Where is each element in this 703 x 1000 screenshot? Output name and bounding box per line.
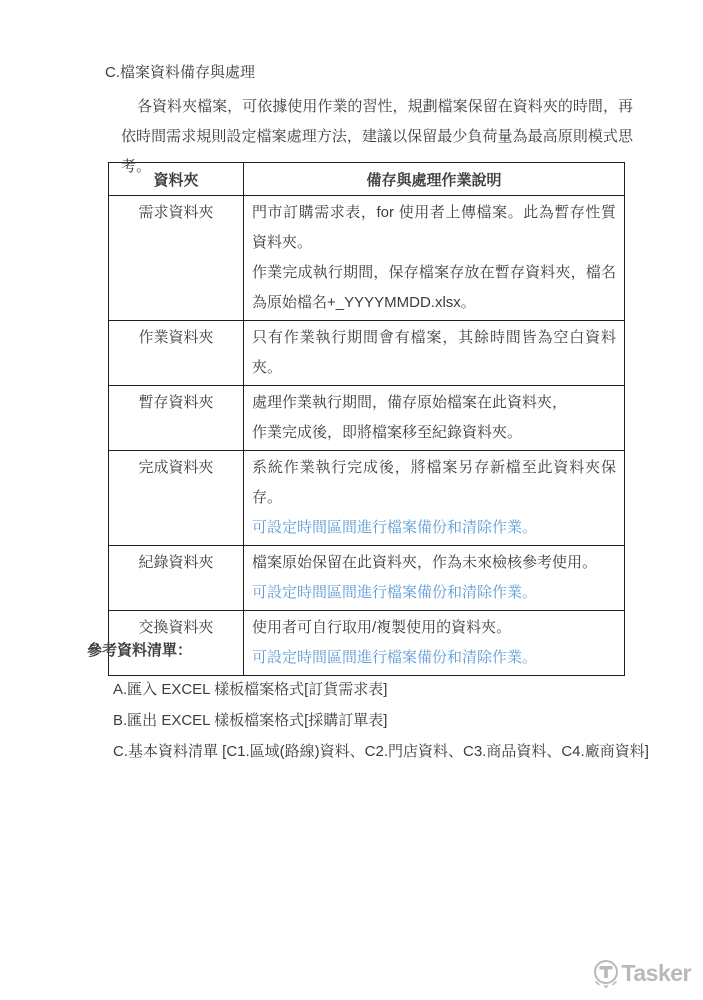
- folder-name-cell: 作業資料夾: [109, 321, 244, 386]
- tasker-brand-text: Tasker: [622, 960, 691, 986]
- tasker-watermark: Tasker: [592, 958, 691, 988]
- desc-line: 作業完成執行期間，保存檔案存放在暫存資料夾，檔名為原始檔名+_YYYYMMDD.…: [252, 258, 616, 318]
- table-row: 紀錄資料夾檔案原始保留在此資料夾，作為未來檢核參考使用。可設定時間區間進行檔案備…: [109, 546, 625, 611]
- folder-description-cell: 處理作業執行期間，備存原始檔案在此資料夾，作業完成後，即將檔案移至紀錄資料夾。: [244, 386, 625, 451]
- desc-line: 只有作業執行期間會有檔案，其餘時間皆為空白資料夾。: [252, 323, 616, 383]
- desc-line: 系統作業執行完成後，將檔案另存新檔至此資料夾保存。: [252, 453, 616, 513]
- table-header-folder: 資料夾: [109, 163, 244, 196]
- table-row: 暫存資料夾處理作業執行期間，備存原始檔案在此資料夾，作業完成後，即將檔案移至紀錄…: [109, 386, 625, 451]
- folder-name-cell: 紀錄資料夾: [109, 546, 244, 611]
- table-row: 完成資料夾系統作業執行完成後，將檔案另存新檔至此資料夾保存。可設定時間區間進行檔…: [109, 451, 625, 546]
- table-header-row: 資料夾 備存與處理作業說明: [109, 163, 625, 196]
- desc-line: 使用者可自行取用/複製使用的資料夾。: [252, 613, 616, 643]
- reference-list-item: C.基本資料清單 [C1.區域(路線)資料、C2.門店資料、C3.商品資料、C4…: [113, 736, 627, 767]
- desc-line-highlighted: 可設定時間區間進行檔案備份和清除作業。: [252, 578, 616, 608]
- folders-table: 資料夾 備存與處理作業說明 需求資料夾門市訂購需求表，for 使用者上傳檔案。此…: [108, 162, 625, 676]
- tasker-logo-icon: [592, 958, 620, 988]
- desc-line: 作業完成後，即將檔案移至紀錄資料夾。: [252, 418, 616, 448]
- desc-line: 門市訂購需求表，for 使用者上傳檔案。此為暫存性質資料夾。: [252, 198, 616, 258]
- reference-list-item: A.匯入 EXCEL 樣板檔案格式[訂貨需求表]: [113, 674, 627, 705]
- table-header-description: 備存與處理作業說明: [244, 163, 625, 196]
- folder-description-cell: 檔案原始保留在此資料夾，作為未來檢核參考使用。可設定時間區間進行檔案備份和清除作…: [244, 546, 625, 611]
- desc-line-highlighted: 可設定時間區間進行檔案備份和清除作業。: [252, 513, 616, 543]
- reference-list-title: 參考資料清單：: [87, 640, 627, 662]
- folder-name-cell: 需求資料夾: [109, 196, 244, 321]
- folder-description-cell: 門市訂購需求表，for 使用者上傳檔案。此為暫存性質資料夾。作業完成執行期間，保…: [244, 196, 625, 321]
- folder-name-cell: 完成資料夾: [109, 451, 244, 546]
- desc-line: 處理作業執行期間，備存原始檔案在此資料夾，: [252, 388, 616, 418]
- reference-list-item: B.匯出 EXCEL 樣板檔案格式[採購訂單表]: [113, 705, 627, 736]
- table-body: 需求資料夾門市訂購需求表，for 使用者上傳檔案。此為暫存性質資料夾。作業完成執…: [109, 196, 625, 676]
- document-page: C.檔案資料備存與處理 各資料夾檔案，可依據使用作業的習性，規劃檔案保留在資料夾…: [0, 0, 703, 1000]
- section-heading: C.檔案資料備存與處理: [105, 62, 255, 84]
- desc-line: 檔案原始保留在此資料夾，作為未來檢核參考使用。: [252, 548, 616, 578]
- folder-name-cell: 暫存資料夾: [109, 386, 244, 451]
- table-row: 需求資料夾門市訂購需求表，for 使用者上傳檔案。此為暫存性質資料夾。作業完成執…: [109, 196, 625, 321]
- folder-description-cell: 只有作業執行期間會有檔案，其餘時間皆為空白資料夾。: [244, 321, 625, 386]
- folder-description-cell: 系統作業執行完成後，將檔案另存新檔至此資料夾保存。可設定時間區間進行檔案備份和清…: [244, 451, 625, 546]
- table-row: 作業資料夾只有作業執行期間會有檔案，其餘時間皆為空白資料夾。: [109, 321, 625, 386]
- reference-list: A.匯入 EXCEL 樣板檔案格式[訂貨需求表] B.匯出 EXCEL 樣板檔案…: [113, 674, 627, 767]
- reference-list-section: 參考資料清單： A.匯入 EXCEL 樣板檔案格式[訂貨需求表] B.匯出 EX…: [87, 640, 627, 767]
